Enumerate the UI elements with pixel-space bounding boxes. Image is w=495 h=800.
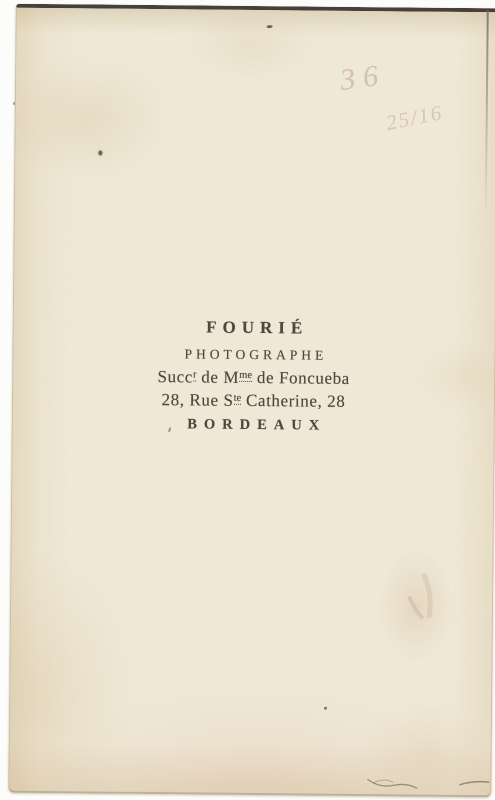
photo-card-verso: 36 25/16 FOURIÉ PHOTOGRAPHE Succr de Mme… — [8, 4, 495, 798]
scanned-image: 36 25/16 FOURIÉ PHOTOGRAPHE Succr de Mme… — [0, 0, 495, 800]
crease-marks — [9, 8, 495, 796]
